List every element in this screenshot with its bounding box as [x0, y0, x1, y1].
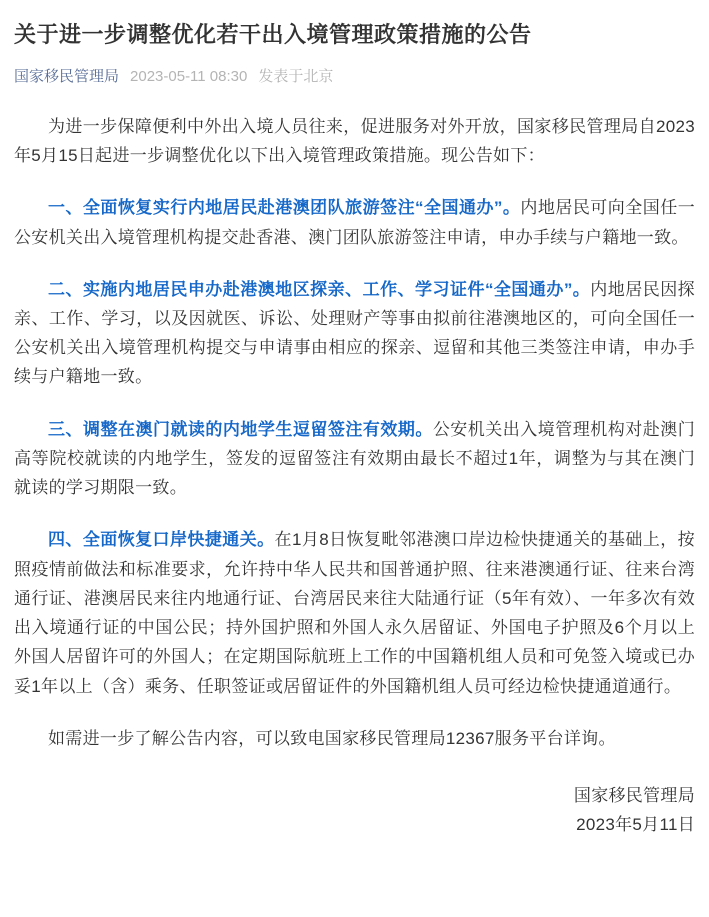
paragraph-text: 如需进一步了解公告内容，可以致电国家移民管理局12367服务平台详询。: [48, 729, 616, 748]
paragraph-item-1: 一、全面恢复实行内地居民赴港澳团队旅游签注“全国通办”。内地居民可向全国任一公安…: [14, 193, 695, 251]
paragraph-text: 为进一步保障便利中外出入境人员往来，促进服务对外开放，国家移民管理局自2023年…: [14, 117, 695, 165]
article-body: 为进一步保障便利中外出入境人员往来，促进服务对外开放，国家移民管理局自2023年…: [14, 112, 695, 753]
byline: 国家移民管理局 2023-05-11 08:30 发表于北京: [14, 65, 695, 86]
paragraph-lead: 二、实施内地居民申办赴港澳地区探亲、工作、学习证件“全国通办”。: [48, 280, 590, 299]
article: 关于进一步调整优化若干出入境管理政策措施的公告 国家移民管理局 2023-05-…: [0, 0, 709, 855]
paragraph-intro: 为进一步保障便利中外出入境人员往来，促进服务对外开放，国家移民管理局自2023年…: [14, 112, 695, 170]
paragraph-lead: 四、全面恢复口岸快捷通关。: [48, 530, 275, 549]
publish-location: 发表于北京: [258, 65, 333, 86]
signature-org: 国家移民管理局: [14, 781, 695, 810]
paragraph-text: 在1月8日恢复毗邻港澳口岸边检快捷通关的基础上，按照疫情前做法和标准要求，允许持…: [14, 530, 695, 695]
paragraph-lead: 一、全面恢复实行内地居民赴港澳团队旅游签注“全国通办”。: [48, 198, 520, 217]
paragraph-item-3: 三、调整在澳门就读的内地学生逗留签注有效期。公安机关出入境管理机构对赴澳门高等院…: [14, 415, 695, 503]
paragraph-item-4: 四、全面恢复口岸快捷通关。在1月8日恢复毗邻港澳口岸边检快捷通关的基础上，按照疫…: [14, 525, 695, 700]
publish-datetime: 2023-05-11 08:30: [130, 68, 247, 85]
signature-block: 国家移民管理局 2023年5月11日: [14, 781, 695, 839]
paragraph-item-2: 二、实施内地居民申办赴港澳地区探亲、工作、学习证件“全国通办”。内地居民因探亲、…: [14, 275, 695, 392]
page-title: 关于进一步调整优化若干出入境管理政策措施的公告: [14, 20, 695, 51]
paragraph-lead: 三、调整在澳门就读的内地学生逗留签注有效期。: [48, 420, 433, 439]
paragraph-contact: 如需进一步了解公告内容，可以致电国家移民管理局12367服务平台详询。: [14, 724, 695, 753]
signature-date: 2023年5月11日: [14, 810, 695, 839]
account-name-link[interactable]: 国家移民管理局: [14, 65, 119, 86]
